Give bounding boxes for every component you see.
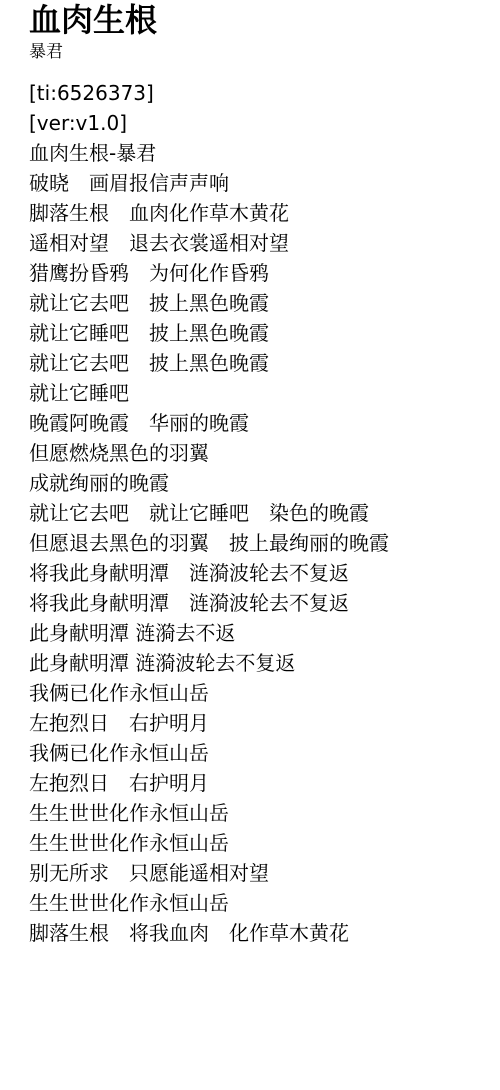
meta-lines: [ti:6526373][ver:v1.0] — [29, 78, 488, 138]
lyric-line: 就让它去吧 就让它睡吧 染色的晚霞 — [29, 498, 488, 528]
lyric-line: 晚霞阿晚霞 华丽的晚霞 — [29, 408, 488, 438]
lyric-line: 遥相对望 退去衣裳遥相对望 — [29, 228, 488, 258]
lyric-line: 血肉生根-暴君 — [29, 138, 488, 168]
meta-line: [ver:v1.0] — [29, 108, 488, 138]
lyric-line: 就让它去吧 披上黑色晚霞 — [29, 288, 488, 318]
lyric-line: 我俩已化作永恒山岳 — [29, 738, 488, 768]
lyric-line: 就让它睡吧 披上黑色晚霞 — [29, 318, 488, 348]
lyric-line: 破晓 画眉报信声声响 — [29, 168, 488, 198]
lyric-line: 但愿燃烧黑色的羽翼 — [29, 438, 488, 468]
lyric-line: 将我此身献明潭 涟漪波轮去不复返 — [29, 558, 488, 588]
lyric-line: 别无所求 只愿能遥相对望 — [29, 858, 488, 888]
lyric-line: 成就绚丽的晚霞 — [29, 468, 488, 498]
lyric-line: 左抱烈日 右护明月 — [29, 708, 488, 738]
lyric-line: 但愿退去黑色的羽翼 披上最绚丽的晚霞 — [29, 528, 488, 558]
lyric-line: 就让它睡吧 — [29, 378, 488, 408]
lyric-line: 猎鹰扮昏鸦 为何化作昏鸦 — [29, 258, 488, 288]
lyric-line: 脚落生根 将我血肉 化作草木黄花 — [29, 918, 488, 948]
lyric-line: 此身献明潭 涟漪波轮去不复返 — [29, 648, 488, 678]
artist-name: 暴君 — [29, 40, 488, 64]
lyric-line: 将我此身献明潭 涟漪波轮去不复返 — [29, 588, 488, 618]
lyric-line: 此身献明潭 涟漪去不返 — [29, 618, 488, 648]
lyric-line: 生生世世化作永恒山岳 — [29, 888, 488, 918]
lyric-line: 生生世世化作永恒山岳 — [29, 828, 488, 858]
meta-line: [ti:6526373] — [29, 78, 488, 108]
lyric-line: 脚落生根 血肉化作草木黄花 — [29, 198, 488, 228]
lyric-line: 生生世世化作永恒山岳 — [29, 798, 488, 828]
lyric-line: 左抱烈日 右护明月 — [29, 768, 488, 798]
lyric-line: 我俩已化作永恒山岳 — [29, 678, 488, 708]
lyric-lines: 血肉生根-暴君破晓 画眉报信声声响脚落生根 血肉化作草木黄花遥相对望 退去衣裳遥… — [29, 138, 488, 948]
page-title: 血肉生根 — [29, 2, 488, 38]
lyrics-block: [ti:6526373][ver:v1.0] 血肉生根-暴君破晓 画眉报信声声响… — [29, 78, 488, 948]
lyrics-page: 血肉生根 暴君 [ti:6526373][ver:v1.0] 血肉生根-暴君破晓… — [0, 0, 500, 1090]
lyric-line: 就让它去吧 披上黑色晚霞 — [29, 348, 488, 378]
